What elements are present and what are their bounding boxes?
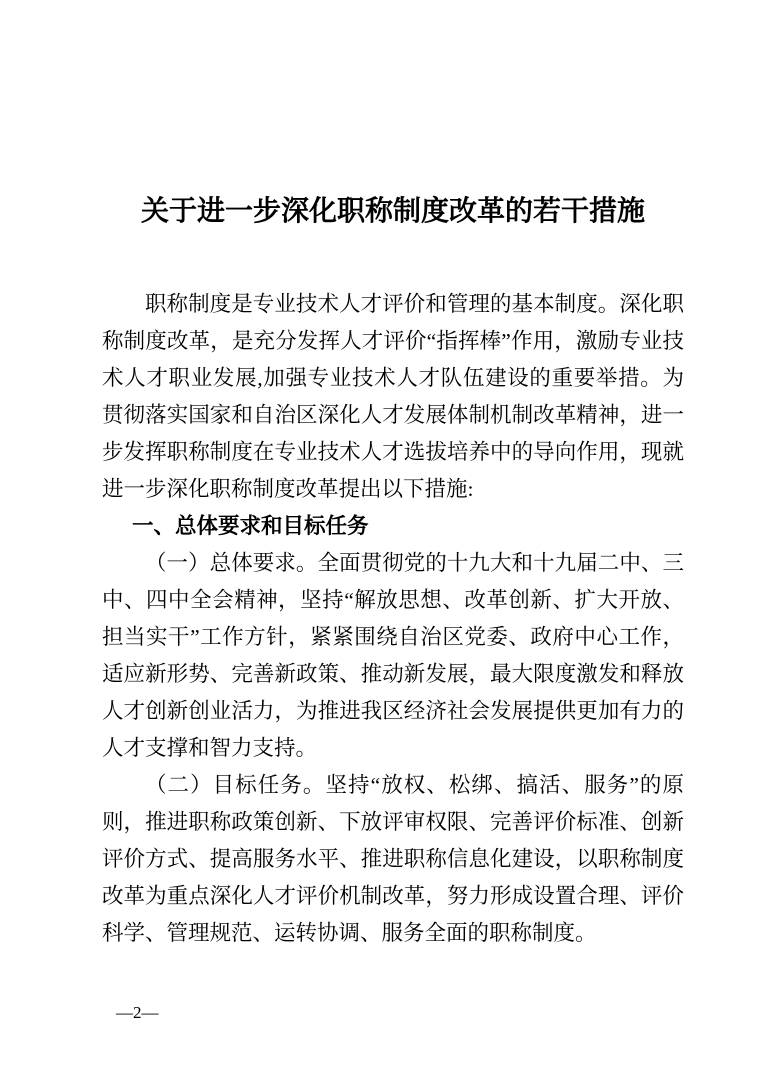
document-page: 关于进一步深化职称制度改革的若干措施 职称制度是专业技术人才评价和管理的基本制度…	[0, 0, 762, 1077]
paragraph-overall-requirements: （一）总体要求。全面贯彻党的十九大和十九届二中、三中、四中全会精神，坚持“解放思…	[102, 545, 684, 767]
paragraph-target-tasks: （二）目标任务。坚持“放权、松绑、搞活、服务”的原则，推进职称政策创新、下放评审…	[102, 767, 684, 952]
page-number: —2—	[116, 1003, 159, 1023]
section-heading-overall-requirements-and-tasks: 一、总体要求和目标任务	[102, 508, 684, 545]
document-title: 关于进一步深化职称制度改革的若干措施	[102, 0, 684, 230]
document-body: 职称制度是专业技术人才评价和管理的基本制度。深化职称制度改革，是充分发挥人才评价…	[102, 286, 684, 952]
paragraph-intro: 职称制度是专业技术人才评价和管理的基本制度。深化职称制度改革，是充分发挥人才评价…	[102, 286, 684, 508]
